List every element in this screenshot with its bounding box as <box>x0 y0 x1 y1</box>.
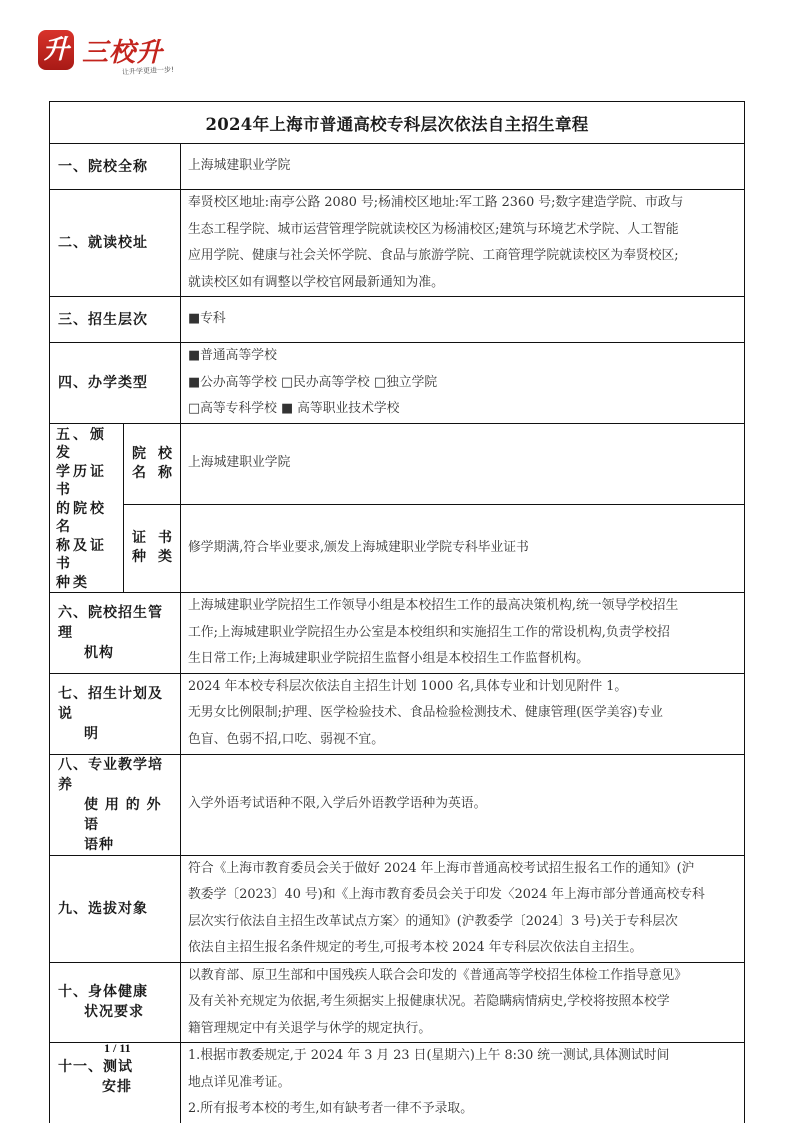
row-label-enrollment-plan: 七、招生计划及说 明 <box>50 673 181 754</box>
row-label-eligible-candidates: 九、选拔对象 <box>50 855 181 962</box>
table-row: 六、院校招生管理 机构 上海城建职业学院招生工作领导小组是本校招生工作的最高决策… <box>50 593 745 674</box>
row-content-campus-address: 奉贤校区地址:南亭公路 2080 号;杨浦校区地址:军工路 2360 号;数字建… <box>181 190 745 297</box>
table-row: 九、选拔对象 符合《上海市教育委员会关于做好 2024 年上海市普通高校考试招生… <box>50 855 745 962</box>
logo-badge-icon: 升 <box>38 30 74 70</box>
title-row: 2024年上海市普通高校专科层次依法自主招生章程 <box>50 102 745 144</box>
document-title: 2024年上海市普通高校专科层次依法自主招生章程 <box>50 102 745 144</box>
table-row: 八、专业教学培养 使 用 的 外 语 语种 入学外语考试语种不限,入学后外语教学… <box>50 754 745 855</box>
table-row: 十、身体健康 状况要求 以教育部、原卫生部和中国残疾人联合会印发的《普通高等学校… <box>50 962 745 1043</box>
table-row: 一、院校全称 上海城建职业学院 <box>50 144 745 190</box>
logo-slogan: 让升学更进一步! <box>122 65 174 78</box>
sub-label-school-name: 院校 名称 <box>124 423 181 504</box>
table-row: 五、颁发 学历证书 的院校名 称及证书 种类 院校 名称 上海城建职业学院 <box>50 423 745 504</box>
row-label-foreign-language: 八、专业教学培养 使 用 的 外 语 语种 <box>50 754 181 855</box>
sub-label-certificate-type: 证书 种类 <box>124 504 181 592</box>
page-indicator: 1 / 11 <box>104 1041 131 1056</box>
row-content-enrollment-plan: 2024 年本校专科层次依法自主招生计划 1000 名,具体专业和计划见附件 1… <box>181 673 745 754</box>
row-content-admission-office: 上海城建职业学院招生工作领导小组是本校招生工作的最高决策机构,统一领导学校招生 … <box>181 593 745 674</box>
row-content-certificate-school: 上海城建职业学院 <box>181 423 745 504</box>
admission-charter-table: 2024年上海市普通高校专科层次依法自主招生章程 一、院校全称 上海城建职业学院… <box>49 101 745 1123</box>
row-content-test-arrangement: 1.根据市教委规定,于 2024 年 3 月 23 日(星期六)上午 8:30 … <box>181 1043 745 1123</box>
row-content-eligible-candidates: 符合《上海市教育委员会关于做好 2024 年上海市普通高校考试招生报名工作的通知… <box>181 855 745 962</box>
table-row: 四、办学类型 ■普通高等学校 ■公办高等学校 □民办高等学校 □独立学院 □高等… <box>50 343 745 424</box>
logo-brand-text: 三校升 <box>82 32 163 69</box>
row-label-campus-address: 二、就读校址 <box>50 190 181 297</box>
row-content-school-name: 上海城建职业学院 <box>181 144 745 190</box>
row-label-school-type: 四、办学类型 <box>50 343 181 424</box>
row-content-enrollment-level: ■专科 <box>181 297 745 343</box>
row-label-certificate: 五、颁发 学历证书 的院校名 称及证书 种类 <box>50 423 124 593</box>
table-row: 证书 种类 修学期满,符合毕业要求,颁发上海城建职业学院专科毕业证书 <box>50 504 745 592</box>
row-content-school-type: ■普通高等学校 ■公办高等学校 □民办高等学校 □独立学院 □高等专科学校 ■ … <box>181 343 745 424</box>
checkbox-zhuanke-checked: ■专科 <box>188 306 738 333</box>
row-label-enrollment-level: 三、招生层次 <box>50 297 181 343</box>
table-row: 二、就读校址 奉贤校区地址:南亭公路 2080 号;杨浦校区地址:军工路 236… <box>50 190 745 297</box>
row-content-certificate-type: 修学期满,符合毕业要求,颁发上海城建职业学院专科毕业证书 <box>181 504 745 592</box>
table-row: 三、招生层次 ■专科 <box>50 297 745 343</box>
row-label-school-name: 一、院校全称 <box>50 144 181 190</box>
brand-logo: 升 三校升 让升学更进一步! <box>38 30 188 80</box>
row-label-health-requirements: 十、身体健康 状况要求 <box>50 962 181 1043</box>
row-content-foreign-language: 入学外语考试语种不限,入学后外语教学语种为英语。 <box>181 754 745 855</box>
table-row: 七、招生计划及说 明 2024 年本校专科层次依法自主招生计划 1000 名,具… <box>50 673 745 754</box>
table-row: 十一、测试 安排 1.根据市教委规定,于 2024 年 3 月 23 日(星期六… <box>50 1043 745 1123</box>
row-content-health-requirements: 以教育部、原卫生部和中国残疾人联合会印发的《普通高等学校招生体检工作指导意见》 … <box>181 962 745 1043</box>
row-label-admission-office: 六、院校招生管理 机构 <box>50 593 181 674</box>
